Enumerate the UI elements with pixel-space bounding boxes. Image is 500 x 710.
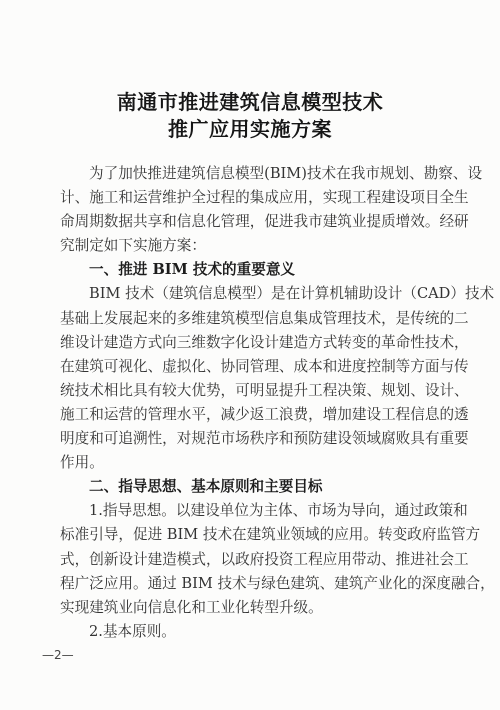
significance-line-2: 基础上发展起来的多维建筑模型信息集成管理技术，是传统的二 <box>60 307 436 331</box>
document-title-line-1: 南通市推进建筑信息模型技术 <box>0 86 500 115</box>
intro-line-2: 计、施工和运营维护全过程的集成应用，实现工程建设项目全生 <box>60 186 436 210</box>
significance-line-8: 作用。 <box>60 451 436 475</box>
guiding-line-2: 标准引导，促进 BIM 技术在建筑业领域的应用。转变政府监管方 <box>60 523 436 547</box>
significance-line-7: 明度和可追溯性，对规范市场秩序和预防建设领域腐败具有重要 <box>60 427 436 451</box>
significance-line-4: 在建筑可视化、虚拟化、协同管理、成本和进度控制等方面与传 <box>60 355 436 379</box>
principles-line-1: 2.基本原则。 <box>60 620 436 644</box>
guiding-line-5: 实现建筑业向信息化和工业化转型升级。 <box>60 596 436 620</box>
document-body: 为了加快推进建筑信息模型(BIM)技术在我市规划、勘察、设 计、施工和运营维护全… <box>60 162 436 644</box>
significance-line-1: BIM 技术（建筑信息模型）是在计算机辅助设计（CAD）技术 <box>60 282 436 306</box>
intro-line-3: 命周期数据共享和信息化管理，促进我市建筑业提质增效。经研 <box>60 210 436 234</box>
intro-line-4: 究制定如下实施方案： <box>60 234 436 258</box>
guiding-line-1: 1.指导思想。以建设单位为主体、市场为导向，通过政策和 <box>60 499 436 523</box>
guiding-line-4: 程广泛应用。通过 BIM 技术与绿色建筑、建筑产业化的深度融合， <box>60 572 436 596</box>
section-heading-2: 二、指导思想、基本原则和主要目标 <box>60 475 436 499</box>
section-heading-1: 一、推进 BIM 技术的重要意义 <box>60 258 436 282</box>
document-page: 南通市推进建筑信息模型技术 推广应用实施方案 为了加快推进建筑信息模型(BIM)… <box>0 0 500 710</box>
intro-line-1: 为了加快推进建筑信息模型(BIM)技术在我市规划、勘察、设 <box>60 162 436 186</box>
guiding-line-3: 式，创新设计建造模式，以政府投资工程应用带动、推进社会工 <box>60 548 436 572</box>
significance-line-6: 施工和运营的管理水平，减少返工浪费，增加建设工程信息的透 <box>60 403 436 427</box>
significance-line-5: 统技术相比具有较大优势，可明显提升工程决策、规划、设计、 <box>60 379 436 403</box>
document-title-line-2: 推广应用实施方案 <box>0 113 500 142</box>
page-number: —2— <box>42 648 74 662</box>
significance-line-3: 维设计建造方式向三维数字化设计建造方式转变的革命性技术， <box>60 331 436 355</box>
